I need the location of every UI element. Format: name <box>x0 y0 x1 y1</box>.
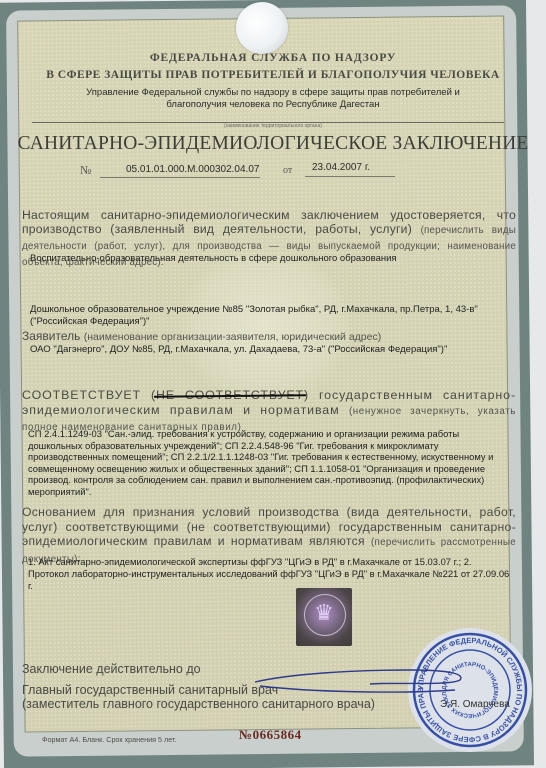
territorial-body-text: Управление Федеральной службы по надзору… <box>63 87 483 111</box>
basis-documents-value: 1. Акт санитарно-эпидемиологической эксп… <box>28 556 512 592</box>
applicant-hint: (наименование организации-заявителя, юри… <box>84 331 381 343</box>
double-headed-eagle-icon: ♛ <box>296 600 352 626</box>
hologram-sticker: ♛ <box>296 588 352 646</box>
not-complies-struck: НЕ СООТВЕТСТВУЕТ <box>156 388 304 402</box>
number-label: № <box>80 163 91 178</box>
object-value: Дошкольное образовательное учреждение №8… <box>30 304 511 328</box>
handwritten-signature <box>250 664 480 704</box>
header-line-2: В СФЕРЕ ЗАЩИТЫ ПРАВ ПОТРЕБИТЕЛЕЙ И БЛАГО… <box>0 69 546 81</box>
valid-until-label: Заключение действительно до <box>22 662 201 676</box>
number-underline <box>100 177 260 178</box>
conclusion-date: 23.04.2007 г. <box>312 162 370 173</box>
blank-serial-number: №0665864 <box>239 727 302 743</box>
header-line-1: ФЕДЕРАЛЬНАЯ СЛУЖБА ПО НАДЗОРУ <box>0 52 546 64</box>
conclusion-number: 05.01.01.000.М.000302.04.07 <box>126 164 259 175</box>
activity-value: Воспитательно-образовательная деятельнос… <box>30 253 397 265</box>
signatory-title: Главный государственный санитарный врач <box>22 683 278 697</box>
complies-text: СООТВЕТСТВУЕТ <box>22 388 141 402</box>
applicant-label-row: Заявитель (наименование организации-заяв… <box>22 329 381 343</box>
footer-note: Формат А4. Бланк. Срок хранения 5 лет. <box>42 735 176 744</box>
sanitary-rules-value: СП 2.4.1.1249-03 "Сан.-элид. требования … <box>28 428 512 498</box>
document-title: САНИТАРНО-ЭПИДЕМИОЛОГИЧЕСКОЕ ЗАКЛЮЧЕНИЕ <box>0 133 546 155</box>
signatory-name: Э.Я. Омарчева <box>440 699 510 710</box>
date-underline <box>305 176 395 177</box>
applicant-value: ОАО "Дагэнерго", ДОУ №85, РД, г.Махачкал… <box>30 344 511 356</box>
applicant-label: Заявитель <box>22 329 80 343</box>
territorial-body-caption: (наименование территориального органа) <box>0 123 546 129</box>
territorial-body: Управление Федеральной службы по надзору… <box>0 87 546 111</box>
date-label: от <box>283 165 292 176</box>
hologram-seal-icon <box>236 2 288 54</box>
